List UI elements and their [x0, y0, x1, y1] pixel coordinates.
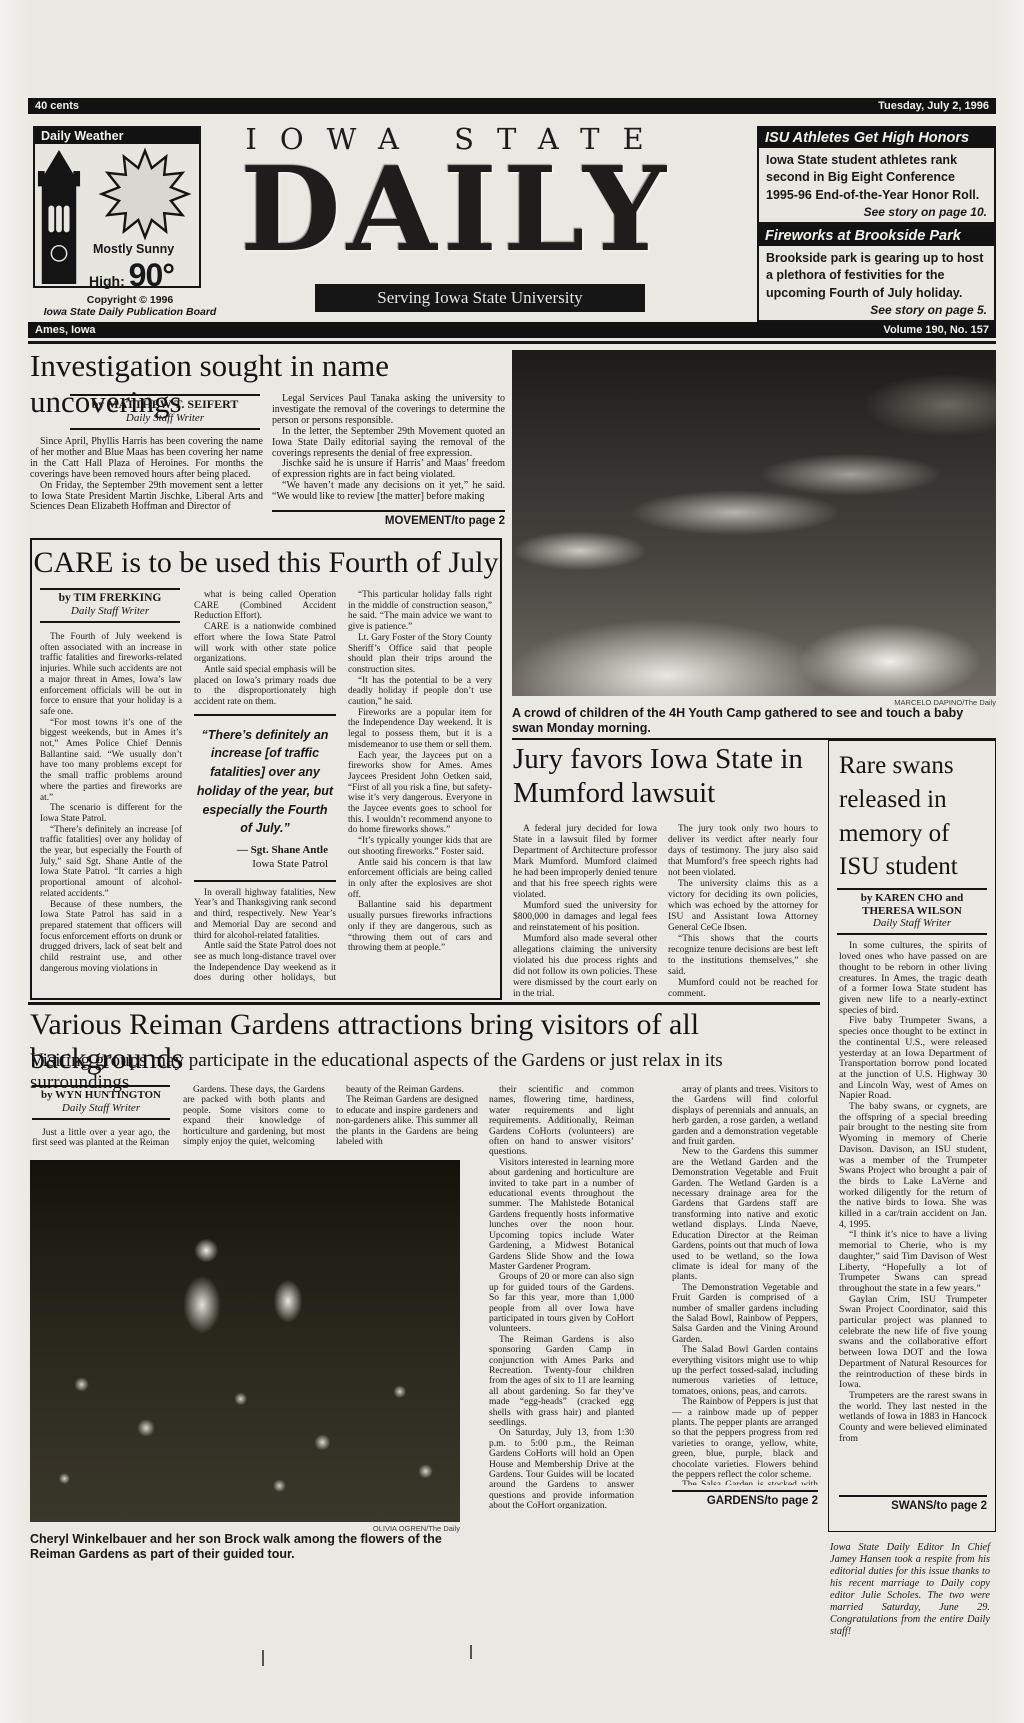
care-writer: Daily Staff Writer: [40, 605, 180, 618]
swan-photo-caption: A crowd of children of the 4H Youth Camp…: [512, 706, 996, 737]
swans-writer: Daily Staff Writer: [837, 917, 987, 930]
investigation-jump: MOVEMENT/to page 2: [272, 510, 505, 527]
care-article-box: CARE is to be used this Fourth of July b…: [30, 538, 502, 1000]
paragraph: The jury took only two hours to deliver …: [668, 824, 818, 879]
paragraph: beauty of the Reiman Gardens.: [336, 1085, 478, 1095]
gardens-author: by WYN HUNTINGTON: [32, 1089, 170, 1102]
paragraph: Each year, the Jaycees put on a firework…: [348, 751, 492, 837]
paragraph: Gardens. These days, the Gardens are pac…: [183, 1085, 325, 1147]
care-col1: The Fourth of July weekend is often asso…: [40, 632, 182, 984]
care-col2-bottom: In overall highway fatalities, New Year’…: [194, 888, 336, 984]
paragraph: what is being called Operation CARE (Com…: [194, 590, 336, 622]
swans-body: In some cultures, the spirits of loved o…: [839, 941, 987, 1489]
paragraph: Mumford also made several other allegati…: [513, 934, 657, 998]
care-byline: by TIM FRERKING Daily Staff Writer: [40, 588, 180, 623]
paragraph: In overall highway fatalities, New Year’…: [194, 888, 336, 942]
paragraph: Fireworks are a popular item for the Ind…: [348, 708, 492, 751]
paragraph: In some cultures, the spirits of loved o…: [839, 941, 987, 1016]
paragraph: New to the Gardens this summer are the W…: [672, 1147, 818, 1282]
paragraph: Legal Services Paul Tanaka asking the un…: [272, 394, 505, 427]
promo-fireworks: Fireworks at Brookside Park Brookside pa…: [757, 224, 996, 322]
promo-athletes-body: Iowa State student athletes rank second …: [759, 148, 994, 204]
paragraph: A federal jury decided for Iowa State in…: [513, 824, 657, 901]
promo-fireworks-see: See story on page 5.: [759, 302, 994, 320]
gardens-top-rule: [28, 1002, 820, 1005]
swan-photo: [512, 350, 996, 696]
paragraph: The Fourth of July weekend is often asso…: [40, 632, 182, 718]
top-bar: 40 cents Tuesday, July 2, 1996: [28, 98, 996, 114]
paragraph: The Rainbow of Peppers is just that — a …: [672, 1397, 818, 1480]
gardens-photo-caption: Cheryl Winkelbauer and her son Brock wal…: [30, 1532, 460, 1563]
paragraph: The Salad Bowl Garden contains everythin…: [672, 1345, 818, 1397]
paragraph: Trumpeters are the rarest swans in the w…: [839, 1391, 987, 1445]
gardens-jump: GARDENS/to page 2: [672, 1490, 818, 1507]
paragraph: “This particular holiday falls right in …: [348, 590, 492, 633]
promo-fireworks-body: Brookside park is gearing up to host a p…: [759, 246, 994, 302]
paragraph: Because of these numbers, the Iowa State…: [40, 900, 182, 975]
gardens-photo: [30, 1160, 460, 1522]
weather-high-label: High:: [89, 273, 125, 289]
weather-title: Daily Weather: [35, 128, 199, 144]
weather-condition: Mostly Sunny: [93, 242, 174, 256]
investigation-writer: Daily Staff Writer: [70, 412, 260, 425]
gardens-col3: beauty of the Reiman Gardens.The Reiman …: [336, 1085, 478, 1157]
paragraph: “It’s typically younger kids that are ou…: [348, 836, 492, 857]
paragraph: Mumford could not be reached for comment…: [668, 978, 818, 998]
fold-mark: [470, 1645, 472, 1659]
paragraph: “It has the potential to be a very deadl…: [348, 676, 492, 708]
paragraph: CARE is a nationwide combined effort whe…: [194, 622, 336, 665]
care-headline: CARE is to be used this Fourth of July: [32, 546, 500, 580]
weather-high-value: 90°: [129, 257, 174, 293]
paragraph: “There’s definitely an increase [of traf…: [40, 825, 182, 900]
investigation-col2: Legal Services Paul Tanaka asking the un…: [272, 394, 505, 506]
paragraph: The Demonstration Vegetable and Fruit Ga…: [672, 1283, 818, 1345]
jury-col1: A federal jury decided for Iowa State in…: [513, 824, 657, 998]
gardens-col4: their scientific and common names, flowe…: [489, 1085, 634, 1509]
fold-mark: [262, 1650, 264, 1666]
date-label: Tuesday, July 2, 1996: [878, 100, 989, 112]
paragraph: Antle said the State Patrol does not see…: [194, 941, 336, 984]
paragraph: “This shows that the courts recognize te…: [668, 934, 818, 978]
campanile-icon: [29, 150, 89, 284]
gardens-col2: Gardens. These days, the Gardens are pac…: [183, 1085, 325, 1157]
paragraph: Since April, Phyllis Harris has been cov…: [30, 437, 263, 481]
promo-athletes-title: ISU Athletes Get High Honors: [759, 128, 994, 148]
pullquote-text: “There’s definitely an increase [of traf…: [196, 726, 334, 839]
paragraph: Mumford sued the university for $800,000…: [513, 901, 657, 934]
investigation-col1: Since April, Phyllis Harris has been cov…: [30, 437, 263, 531]
gardens-col1: Just a little over a year ago, the first…: [32, 1128, 170, 1158]
weather-graphic-area: Mostly Sunny High: 90°: [35, 144, 199, 284]
pullquote-attribution: — Sgt. Shane Antle Iowa State Patrol: [196, 838, 334, 872]
weather-high: High: 90°: [89, 257, 174, 294]
paragraph: “For most towns it’s one of the biggest …: [40, 718, 182, 804]
paragraph: “We haven’t made any decisions on it yet…: [272, 481, 505, 503]
care-col3: “This particular holiday falls right in …: [348, 590, 492, 984]
paragraph: Just a little over a year ago, the first…: [32, 1128, 170, 1149]
copyright-line1: Copyright © 1996: [20, 294, 240, 306]
paragraph: Visitors interested in learning more abo…: [489, 1158, 634, 1272]
swans-article-box: Rare swans released in memory of ISU stu…: [828, 740, 996, 1532]
paragraph: “I think it’s nice to have a living memo…: [839, 1230, 987, 1294]
paragraph: Antle said special emphasis will be plac…: [194, 665, 336, 708]
care-pullquote: “There’s definitely an increase [of traf…: [194, 714, 336, 882]
paragraph: On Saturday, July 13, from 1:30 p.m. to …: [489, 1428, 634, 1509]
location-label: Ames, Iowa: [35, 324, 96, 336]
swans-authors: by KAREN CHO and THERESA WILSON: [837, 892, 987, 917]
paragraph: Jischke said he is unsure if Harris’ and…: [272, 459, 505, 481]
copyright-line2: Iowa State Daily Publication Board: [20, 306, 240, 318]
copyright: Copyright © 1996 Iowa State Daily Public…: [20, 294, 240, 318]
jury-headline: Jury favors Iowa State in Mumford lawsui…: [513, 742, 823, 810]
paragraph: Five baby Trumpeter Swans, a species onc…: [839, 1016, 987, 1102]
newspaper-front-page: 40 cents Tuesday, July 2, 1996 Daily Wea…: [0, 0, 1024, 1723]
editor-wedding-note: Iowa State Daily Editor In Chief Jamey H…: [830, 1542, 990, 1638]
paragraph: The Reiman Gardens is also sponsoring Ga…: [489, 1335, 634, 1429]
promo-athletes-see: See story on page 10.: [759, 204, 994, 222]
masthead-title: DAILY: [212, 152, 700, 268]
paragraph: array of plants and trees. Visitors to t…: [672, 1085, 818, 1147]
promo-fireworks-title: Fireworks at Brookside Park: [759, 226, 994, 246]
care-author: by TIM FRERKING: [40, 592, 180, 605]
masthead-tagline: Serving Iowa State University: [315, 284, 645, 312]
investigation-author: by MATTHEW T. SEIFERT: [70, 398, 260, 412]
swans-headline: Rare swans released in memory of ISU stu…: [839, 749, 987, 884]
location-bar: Ames, Iowa Volume 190, No. 157: [28, 322, 996, 338]
gardens-writer: Daily Staff Writer: [32, 1102, 170, 1115]
volume-label: Volume 190, No. 157: [883, 324, 989, 336]
care-col2: what is being called Operation CARE (Com…: [194, 590, 336, 984]
paragraph: In the letter, the September 29th Moveme…: [272, 427, 505, 460]
care-columns: by TIM FRERKING Daily Staff Writer The F…: [32, 580, 500, 990]
gardens-byline: by WYN HUNTINGTON Daily Staff Writer: [32, 1085, 170, 1120]
paragraph: On Friday, the September 29th movement s…: [30, 481, 263, 514]
sun-icon: [93, 146, 197, 242]
paragraph: Antle said his concern is that law enfor…: [348, 858, 492, 901]
paragraph: The baby swans, or cygnets, are the offs…: [839, 1102, 987, 1230]
divider-rule: [28, 341, 996, 344]
gardens-col5: array of plants and trees. Visitors to t…: [672, 1085, 818, 1485]
promo-athletes: ISU Athletes Get High Honors Iowa State …: [757, 126, 996, 224]
swans-jump: SWANS/to page 2: [839, 1495, 987, 1512]
paragraph: Gaylan Crim, ISU Trumpeter Swan Project …: [839, 1295, 987, 1391]
paragraph: Lt. Gary Foster of the Story County Sher…: [348, 633, 492, 676]
paragraph: their scientific and common names, flowe…: [489, 1085, 634, 1158]
paragraph: Ballantine said his department usually p…: [348, 900, 492, 954]
swans-byline: by KAREN CHO and THERESA WILSON Daily St…: [837, 888, 987, 935]
investigation-byline: by MATTHEW T. SEIFERT Daily Staff Writer: [70, 394, 260, 430]
paragraph: The scenario is different for the Iowa S…: [40, 803, 182, 824]
paragraph: The Reiman Gardens are designed to educa…: [336, 1095, 478, 1147]
paragraph: The Salsa Garden is stocked with enough …: [672, 1480, 818, 1485]
paragraph: The university claims this as a victory …: [668, 879, 818, 934]
jury-col2: The jury took only two hours to deliver …: [668, 824, 818, 998]
weather-box: Daily Weather Mostly Sunny High: 90°: [33, 126, 201, 288]
paragraph: Groups of 20 or more can also sign up fo…: [489, 1272, 634, 1334]
price-label: 40 cents: [35, 100, 79, 112]
care-col2-top: what is being called Operation CARE (Com…: [194, 590, 336, 708]
